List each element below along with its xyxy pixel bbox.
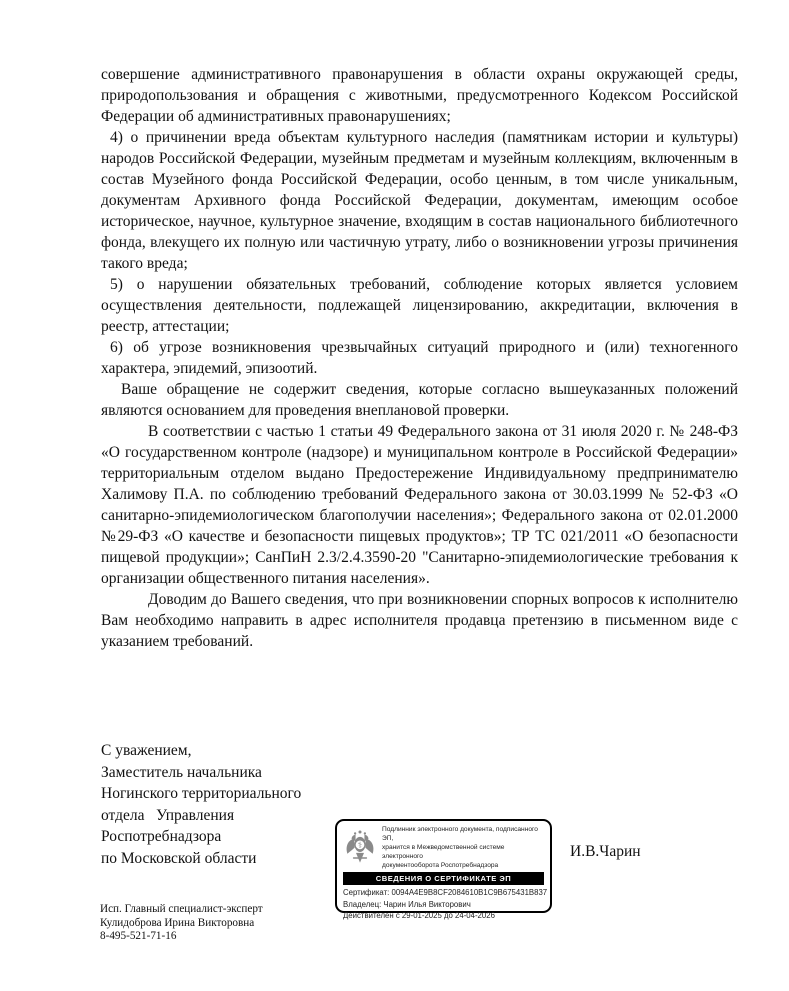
body-paragraph: 6) об угрозе возникновения чрезвычайных … — [101, 337, 738, 379]
rospotrebnadzor-emblem-icon: ⚕ — [343, 829, 377, 867]
stamp-certificate: Сертификат: 0094A4E9B8CF2084610B1C9B6754… — [343, 887, 544, 899]
body-paragraph: В соответствии с частью 1 статьи 49 Феде… — [101, 421, 738, 589]
body-paragraph: совершение административного правонаруше… — [101, 64, 738, 127]
stamp-owner: Владелец: Чарин Илья Викторович — [343, 899, 544, 911]
stamp-header-row: ⚕ Подлинник электронного документа, подп… — [343, 825, 544, 870]
body-paragraph: Ваше обращение не содержит сведения, кот… — [101, 379, 738, 421]
body-paragraph: 4) о причинении вреда объектам культурно… — [101, 127, 738, 274]
body-paragraph: Доводим до Вашего сведения, что при возн… — [101, 589, 738, 652]
document-page: совершение административного правонаруше… — [0, 0, 789, 991]
body-paragraph: 5) о нарушении обязательных требований, … — [101, 274, 738, 337]
signer-name: И.В.Чарин — [570, 843, 641, 861]
letter-body: совершение административного правонаруше… — [101, 64, 738, 652]
stamp-title-bar: СВЕДЕНИЯ О СЕРТИФИКАТЕ ЭП — [343, 872, 544, 885]
svg-text:⚕: ⚕ — [358, 840, 363, 850]
digital-signature-stamp: ⚕ Подлинник электронного документа, подп… — [335, 819, 552, 913]
stamp-note: Подлинник электронного документа, подпис… — [382, 825, 544, 870]
stamp-validity: Действителен с 29-01-2025 до 24-04-2026 — [343, 910, 544, 922]
executor-info: Исп. Главный специалист-эксперт Кулидобр… — [100, 903, 360, 944]
